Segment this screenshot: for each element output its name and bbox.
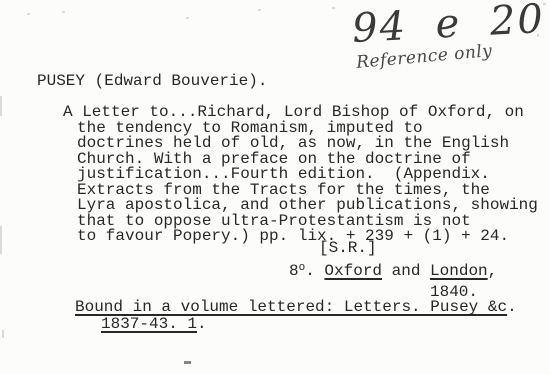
format-notation: 8 <box>289 262 299 280</box>
description-line: to favour Popery.) pp. lix. + 239 + (1) … <box>77 229 538 245</box>
scan-artifact <box>0 96 2 116</box>
title-description: A Letter to...Richard, Lord Bishop of Ox… <box>77 105 538 245</box>
author-heading: PUSEY (Edward Bouverie). <box>37 74 267 90</box>
scan-artifact <box>186 17 189 19</box>
binding-volume-period: . <box>197 315 207 333</box>
binding-volume-number: 1837-43. 1 <box>101 315 197 333</box>
source-reference: [S.R.] <box>319 241 377 257</box>
scan-artifact <box>537 34 539 37</box>
binding-note-text: Bound in a volume lettered: Letters. Pus… <box>75 298 507 316</box>
scan-artifact <box>184 361 191 364</box>
format-superscript: o <box>299 262 306 274</box>
scan-artifact <box>543 3 546 5</box>
scan-artifact <box>258 9 261 11</box>
publication-place-oxford: Oxford <box>324 262 382 280</box>
imprint-comma: , <box>488 262 498 280</box>
catalog-card: 94 e 20 Reference only PUSEY (Edward Bou… <box>0 0 550 374</box>
imprint-line: 8o. Oxford and London, <box>289 264 497 282</box>
scan-artifact <box>27 13 30 15</box>
binding-note-line-1: Bound in a volume lettered: Letters. Pus… <box>75 300 517 316</box>
scan-artifact <box>2 330 4 338</box>
scan-artifact <box>62 11 65 13</box>
publication-place-london: London <box>430 262 488 280</box>
place-connector: and <box>382 262 430 280</box>
format-separator: . <box>305 262 324 280</box>
binding-note-period: . <box>507 298 517 316</box>
scan-artifact <box>0 226 2 254</box>
scan-artifact <box>332 7 335 9</box>
binding-note-line-2: 1837-43. 1. <box>101 317 207 333</box>
